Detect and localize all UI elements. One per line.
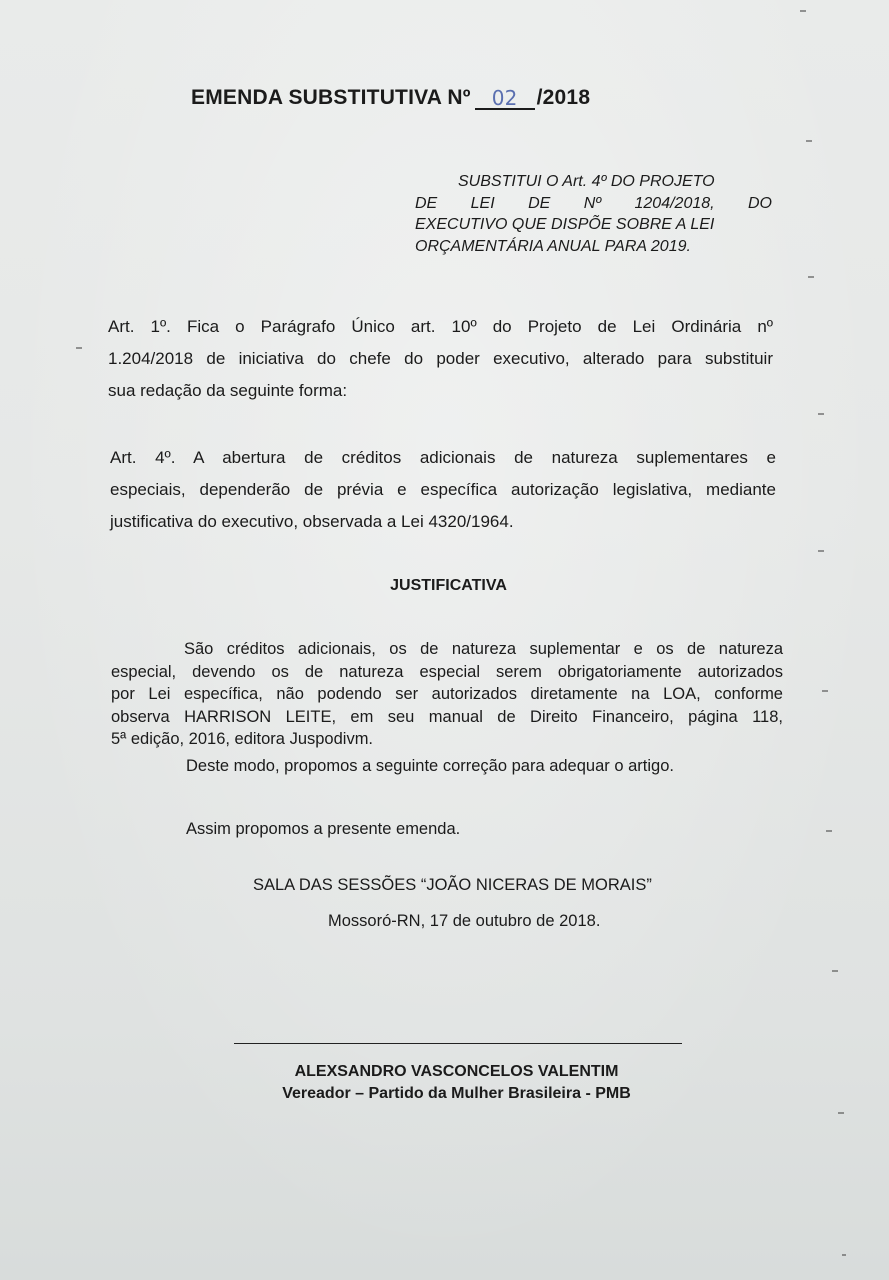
ementa-summary: SUBSTITUI O Art. 4º DO PROJETO DE LEI DE… <box>415 171 772 257</box>
closing-sentence: Assim propomos a presente emenda. <box>186 820 460 839</box>
session-room: SALA DAS SESSÕES “JOÃO NICERAS DE MORAIS… <box>253 876 652 895</box>
justificativa-line: observa HARRISON LEITE, em seu manual de… <box>111 706 783 729</box>
ementa-line: DE LEI DE Nº 1204/2018, DO <box>415 193 772 215</box>
article-1-line: 1.204/2018 de iniciativa do chefe do pod… <box>108 343 773 375</box>
article-1-line: Art. 1º. Fica o Parágrafo Único art. 10º… <box>108 311 773 343</box>
justificativa-line: especial, devendo os de natureza especia… <box>111 661 783 684</box>
signature-line <box>234 1043 682 1044</box>
article-4-paragraph: Art. 4º. A abertura de créditos adiciona… <box>110 442 776 538</box>
paper-speck <box>842 1254 846 1256</box>
justificativa-heading: JUSTIFICATIVA <box>0 577 889 595</box>
article-4-line: especiais, dependerão de prévia e especí… <box>110 474 776 506</box>
article-4-line: justificativa do executivo, observada a … <box>110 506 776 538</box>
title-year: /2018 <box>537 86 591 109</box>
paper-speck <box>838 1112 844 1114</box>
place-and-date: Mossoró-RN, 17 de outubro de 2018. <box>328 912 600 931</box>
paper-speck <box>808 276 814 278</box>
paper-speck <box>822 690 828 692</box>
title-prefix: EMENDA SUBSTITUTIVA Nº <box>191 86 471 109</box>
handwritten-amendment-number: 02 <box>475 88 535 110</box>
paper-speck <box>800 10 806 12</box>
ementa-line: EXECUTIVO QUE DISPÕE SOBRE A LEI <box>415 214 772 236</box>
paper-speck <box>806 140 812 142</box>
signatory-role: Vereador – Partido da Mulher Brasileira … <box>0 1084 889 1104</box>
paper-speck <box>818 413 824 415</box>
deste-modo-sentence: Deste modo, propomos a seguinte correção… <box>186 757 674 776</box>
article-1-paragraph: Art. 1º. Fica o Parágrafo Único art. 10º… <box>108 311 773 407</box>
ementa-line: SUBSTITUI O Art. 4º DO PROJETO <box>415 171 772 193</box>
justificativa-line: 5ª edição, 2016, editora Juspodivm. <box>111 728 783 751</box>
paper-speck <box>76 347 82 349</box>
article-1-line: sua redação da seguinte forma: <box>108 375 773 407</box>
justificativa-line: por Lei específica, não podendo ser auto… <box>111 683 783 706</box>
article-4-line: Art. 4º. A abertura de créditos adiciona… <box>110 442 776 474</box>
paper-speck <box>826 830 832 832</box>
paper-speck <box>832 970 838 972</box>
document-page: EMENDA SUBSTITUTIVA Nº02/2018 SUBSTITUI … <box>0 0 889 1280</box>
paper-speck <box>818 550 824 552</box>
justificativa-line: São créditos adicionais, os de natureza … <box>111 638 783 661</box>
document-title: EMENDA SUBSTITUTIVA Nº02/2018 <box>191 86 590 110</box>
ementa-line: ORÇAMENTÁRIA ANUAL PARA 2019. <box>415 236 772 258</box>
signatory-name: ALEXSANDRO VASCONCELOS VALENTIM <box>0 1062 889 1082</box>
justificativa-paragraph: São créditos adicionais, os de natureza … <box>111 638 783 751</box>
